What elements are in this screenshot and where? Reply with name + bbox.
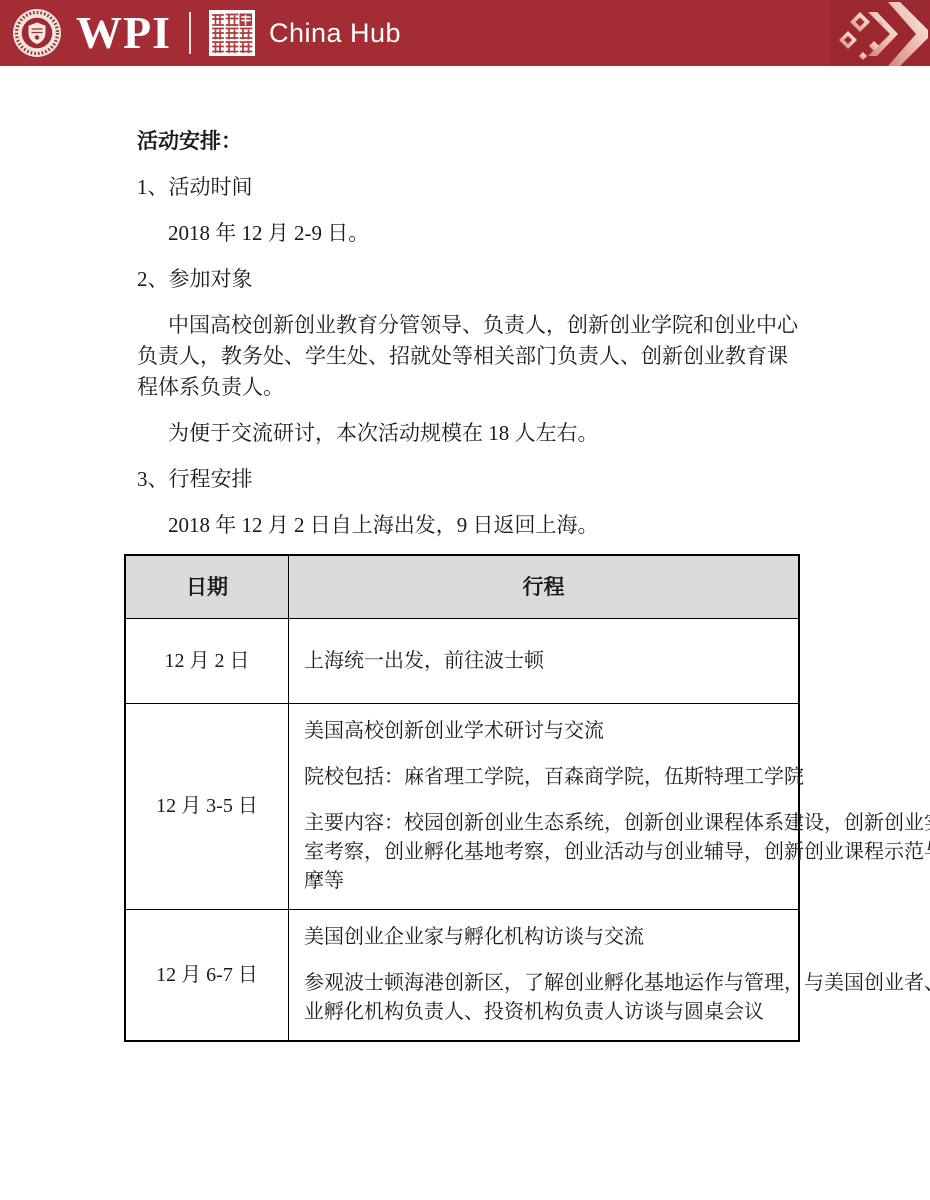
- page-title: 活动安排：: [137, 126, 800, 157]
- table-header-itinerary: 行程: [289, 555, 800, 619]
- itinerary-paragraph: 参观波士顿海港创新区，了解创业孵化基地运作与管理，与美国创业者、创业孵化机构负责…: [304, 969, 930, 1027]
- itinerary-paragraph: 上海统一出发，前往波士顿: [304, 647, 930, 676]
- table-header-date: 日期: [125, 555, 289, 619]
- table-row: 12 月 2 日 上海统一出发，前往波士顿: [125, 619, 799, 704]
- wpi-wordmark: WPI: [76, 10, 171, 56]
- section-2-label: 2、参加对象: [137, 264, 800, 295]
- itinerary-paragraph: 主要内容：校园创新创业生态系统，创新创业课程体系建设，创新创业实验室考察，创业孵…: [304, 809, 930, 896]
- banner: WPI China Hub: [0, 0, 930, 66]
- section-3-paragraph: 2018 年 12 月 2 日自上海出发，9 日返回上海。: [137, 510, 800, 541]
- banner-pattern-icon: [830, 0, 930, 66]
- itinerary-cell: 上海统一出发，前往波士顿: [289, 619, 800, 704]
- section-3-label: 3、行程安排: [137, 464, 800, 495]
- table-row: 12 月 3-5 日 美国高校创新创业学术研讨与交流 院校包括：麻省理工学院，百…: [125, 704, 799, 910]
- table-row: 12 月 6-7 日 美国创业企业家与孵化机构访谈与交流 参观波士顿海港创新区，…: [125, 910, 799, 1042]
- document-body: 活动安排： 1、活动时间 2018 年 12 月 2-9 日。 2、参加对象 中…: [0, 126, 930, 1042]
- document-page: WPI China Hub: [0, 0, 930, 1200]
- section-1-label: 1、活动时间: [137, 172, 800, 203]
- wpi-seal-icon: [12, 8, 62, 58]
- itinerary-cell: 美国高校创新创业学术研讨与交流 院校包括：麻省理工学院，百森商学院，伍斯特理工学…: [289, 704, 800, 910]
- china-hub-label: China Hub: [269, 18, 401, 49]
- banner-divider: [189, 12, 191, 54]
- date-cell: 12 月 3-5 日: [125, 704, 289, 910]
- itinerary-paragraph: 美国高校创新创业学术研讨与交流: [304, 717, 930, 746]
- section-2-paragraph-2: 为便于交流研讨，本次活动规模在 18 人左右。: [137, 418, 800, 449]
- china-hub-stamp-icon: [209, 10, 255, 56]
- itinerary-table: 日期 行程 12 月 2 日 上海统一出发，前往波士顿 12 月 3-5 日 美…: [124, 554, 800, 1042]
- itinerary-paragraph: 院校包括：麻省理工学院，百森商学院，伍斯特理工学院: [304, 763, 930, 792]
- brand-group: WPI China Hub: [0, 8, 401, 58]
- table-header-row: 日期 行程: [125, 555, 799, 619]
- date-cell: 12 月 2 日: [125, 619, 289, 704]
- itinerary-cell: 美国创业企业家与孵化机构访谈与交流 参观波士顿海港创新区，了解创业孵化基地运作与…: [289, 910, 800, 1042]
- itinerary-paragraph: 美国创业企业家与孵化机构访谈与交流: [304, 923, 930, 952]
- section-2-paragraph-1: 中国高校创新创业教育分管领导、负责人，创新创业学院和创业中心负责人，教务处、学生…: [137, 310, 800, 403]
- section-1-paragraph: 2018 年 12 月 2-9 日。: [137, 218, 800, 249]
- date-cell: 12 月 6-7 日: [125, 910, 289, 1042]
